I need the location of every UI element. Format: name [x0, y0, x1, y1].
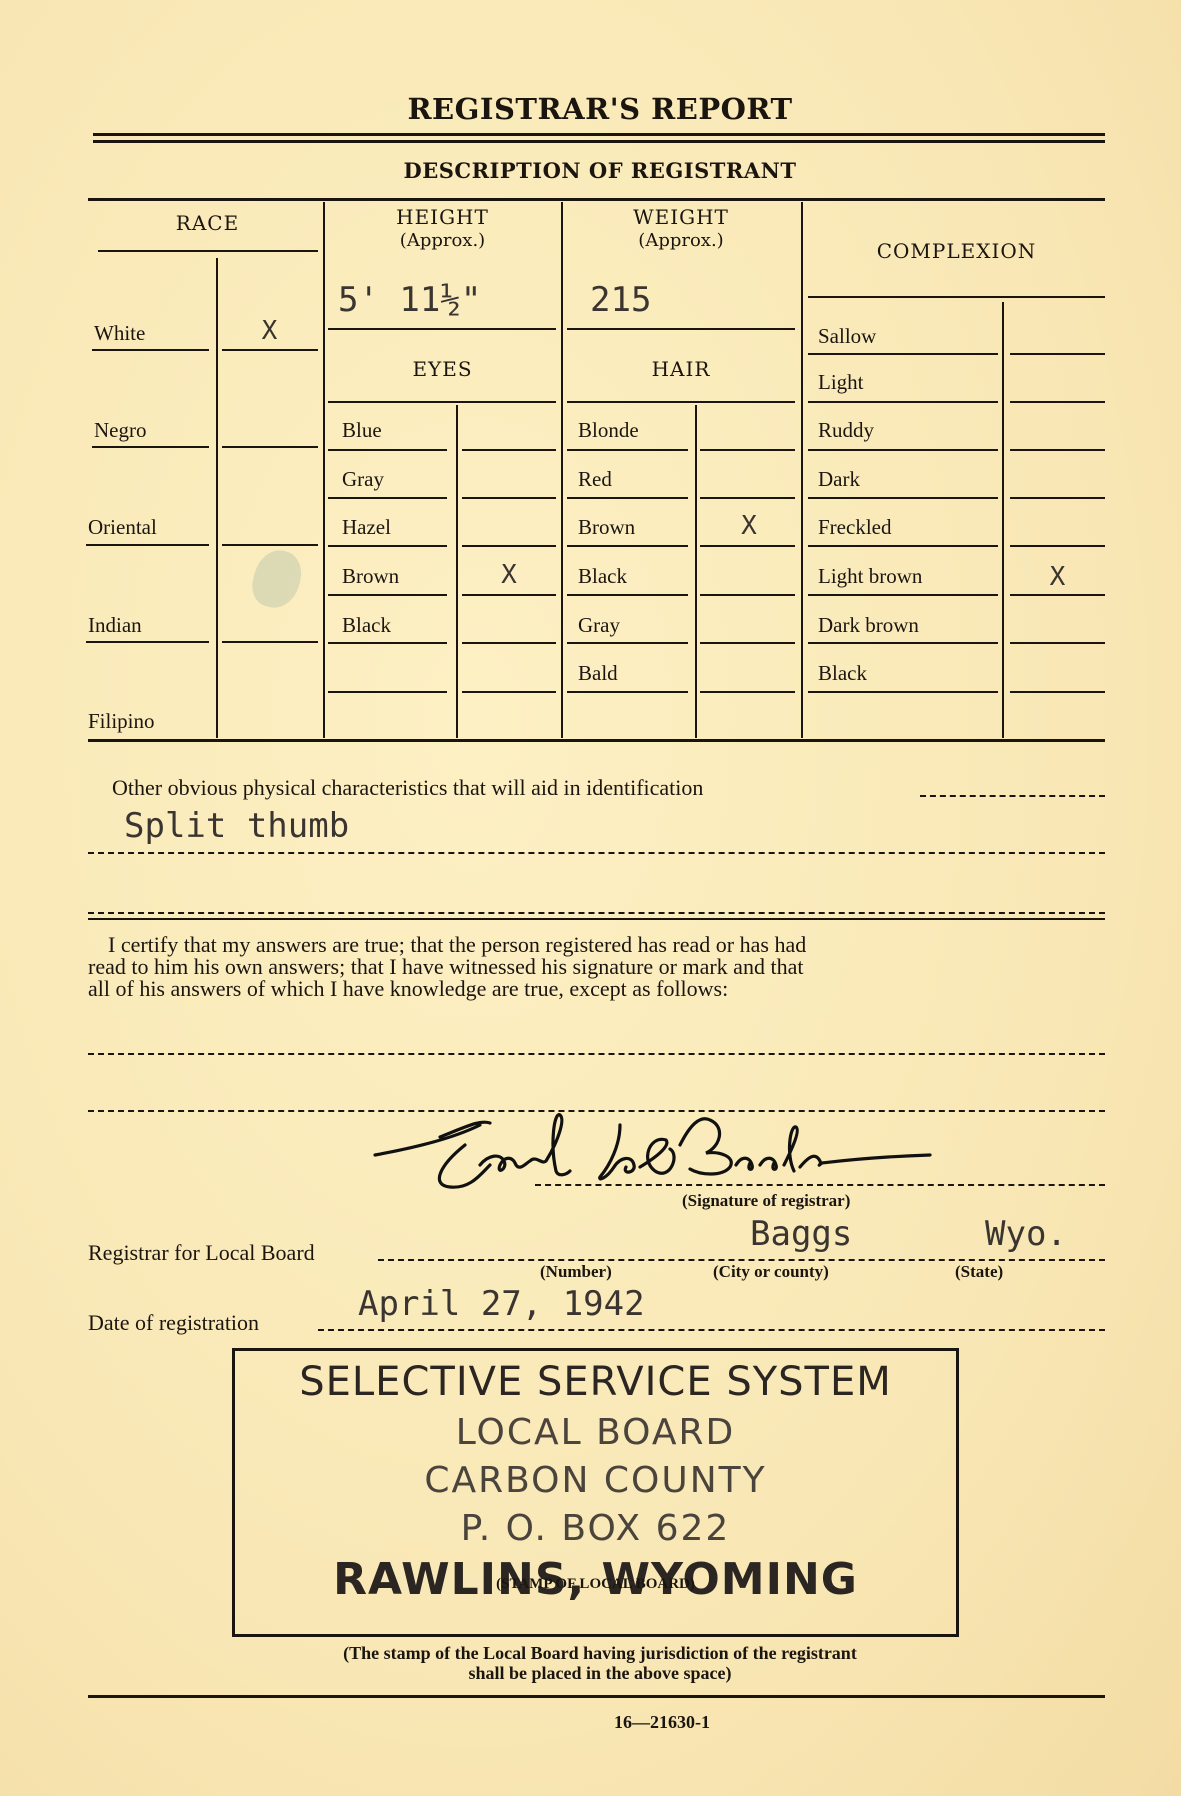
complexion-option-dark: Dark: [818, 467, 860, 492]
eyes-rule: [328, 449, 447, 451]
document-title: REGISTRAR'S REPORT: [0, 92, 1181, 126]
race-mark-rule: [222, 446, 318, 448]
race-mark-rule: [222, 641, 318, 643]
hair-mark-rule: [700, 497, 795, 499]
hair-rule: [567, 594, 688, 596]
hair-header: HAIR: [568, 358, 794, 380]
section-title: DESCRIPTION OF REGISTRANT: [0, 158, 1181, 183]
eyes-mark-rule: [462, 594, 556, 596]
eyes-option-blue: Blue: [342, 418, 382, 443]
stamp-note-line-1: (The stamp of the Local Board having jur…: [200, 1643, 1000, 1664]
complexion-option-black: Black: [818, 661, 867, 686]
complexion-mark-light-brown[interactable]: X: [1010, 562, 1105, 592]
height-header-sub: (Approx.): [400, 230, 485, 251]
stamp-note-line-2: shall be placed in the above space): [200, 1663, 1000, 1684]
other-line-2: [88, 912, 1105, 914]
complexion-option-light-brown: Light brown: [818, 564, 922, 589]
race-option-filipino: Filipino: [88, 709, 155, 734]
hair-mark-rule: [700, 642, 795, 644]
registrar-board-label: Registrar for Local Board: [88, 1242, 315, 1264]
complexion-rule: [808, 594, 998, 596]
race-header-rule: [98, 250, 318, 252]
complexion-mark-rule: [1010, 545, 1105, 547]
eyes-mark-divider: [456, 405, 458, 738]
complexion-mark-rule: [1010, 497, 1105, 499]
hair-option-black: Black: [578, 564, 627, 589]
complexion-option-dark-brown: Dark brown: [818, 613, 919, 638]
race-option-white: White: [94, 321, 145, 346]
footer-rule: [88, 1695, 1105, 1698]
weight-header-label: WEIGHT: [568, 206, 794, 228]
registrar-state[interactable]: Wyo.: [985, 1214, 1067, 1254]
complexion-option-freckled: Freckled: [818, 515, 891, 540]
hair-option-brown: Brown: [578, 515, 635, 540]
hair-option-bald: Bald: [578, 661, 618, 686]
eyes-mark-brown[interactable]: X: [462, 560, 556, 590]
height-value[interactable]: 5' 11½": [338, 280, 481, 320]
stamp-line-2: LOCAL BOARD: [232, 1412, 959, 1453]
weight-value-rule: [567, 328, 795, 330]
hair-option-gray: Gray: [578, 613, 620, 638]
complexion-rule: [808, 642, 998, 644]
eyes-option-black: Black: [342, 613, 391, 638]
complexion-rule: [808, 353, 998, 355]
date-label: Date of registration: [88, 1312, 259, 1334]
eyes-mark-rule: [462, 449, 556, 451]
eyes-rule: [328, 594, 447, 596]
eyes-option-hazel: Hazel: [342, 515, 391, 540]
form-number: 16—21630-1: [512, 1712, 812, 1733]
hair-rule: [567, 691, 688, 693]
eyes-rule: [328, 497, 447, 499]
certification-line-2: read to him his own answers; that I have…: [88, 956, 803, 978]
hair-option-blonde: Blonde: [578, 418, 639, 443]
registrar-city[interactable]: Baggs: [750, 1214, 852, 1254]
stamp-line-3: CARBON COUNTY: [232, 1460, 959, 1501]
section-rule: [88, 198, 1105, 201]
certification-line-1: I certify that my answers are true; that…: [108, 934, 806, 956]
date-value[interactable]: April 27, 1942: [358, 1284, 645, 1324]
hair-mark-rule: [700, 691, 795, 693]
race-rule: [86, 641, 209, 643]
eyes-header: EYES: [330, 358, 555, 380]
eyes-rule: [328, 642, 447, 644]
eyes-header-rule: [328, 401, 556, 403]
complexion-mark-rule: [1010, 594, 1105, 596]
complexion-option-light: Light: [818, 370, 864, 395]
race-rule: [92, 349, 209, 351]
race-mark-divider: [216, 258, 218, 738]
other-label-dash: [920, 795, 1105, 797]
signature-caption: (Signature of registrar): [682, 1191, 850, 1211]
registrar-board-line: [378, 1259, 1105, 1261]
complexion-rule: [808, 545, 998, 547]
stamp-caption: (STAMP OF LOCAL BOARD): [232, 1576, 959, 1593]
number-caption: (Number): [540, 1262, 612, 1282]
other-characteristics-label: Other obvious physical characteristics t…: [112, 777, 703, 799]
race-header: RACE: [100, 212, 315, 234]
col-divider-race: [323, 202, 325, 738]
race-mark-rule: [222, 349, 318, 351]
date-line: [318, 1329, 1105, 1331]
eyes-mark-rule: [462, 545, 556, 547]
complexion-header-rule: [808, 296, 1105, 298]
hair-option-red: Red: [578, 467, 612, 492]
complexion-mark-rule: [1010, 353, 1105, 355]
race-option-oriental: Oriental: [88, 515, 157, 540]
eyes-mark-rule: [462, 497, 556, 499]
signature-line: [535, 1184, 1105, 1186]
other-characteristics-value[interactable]: Split thumb: [124, 806, 349, 846]
other-rule: [88, 918, 1105, 920]
weight-value[interactable]: 215: [590, 280, 651, 320]
hair-rule: [567, 497, 688, 499]
complexion-rule: [808, 497, 998, 499]
hair-rule: [567, 545, 688, 547]
hair-mark-rule: [700, 449, 795, 451]
hair-mark-rule: [700, 545, 795, 547]
weight-header: WEIGHT (Approx.): [568, 206, 794, 252]
eyes-mark-rule: [462, 691, 556, 693]
title-rule-bottom: [93, 140, 1105, 143]
complexion-header: COMPLEXION: [808, 240, 1105, 262]
hair-rule: [567, 449, 688, 451]
hair-mark-rule: [700, 594, 795, 596]
hair-mark-divider: [695, 405, 697, 738]
eyes-rule: [328, 545, 447, 547]
race-mark-white[interactable]: X: [222, 316, 317, 346]
complexion-rule: [808, 449, 998, 451]
hair-rule: [567, 642, 688, 644]
stamp-line-1: SELECTIVE SERVICE SYSTEM: [232, 1359, 959, 1405]
complexion-mark-rule: [1010, 691, 1105, 693]
other-line-1: [88, 852, 1105, 854]
race-rule: [86, 544, 209, 546]
eyes-rule: [328, 691, 447, 693]
complexion-mark-rule: [1010, 642, 1105, 644]
complexion-rule: [808, 401, 998, 403]
race-option-negro: Negro: [94, 418, 146, 443]
race-rule: [92, 446, 209, 448]
certification-line-3: all of his answers of which I have knowl…: [88, 978, 728, 1000]
col-divider-height: [561, 202, 563, 738]
exception-line-1: [88, 1053, 1105, 1055]
title-rule-top: [93, 133, 1105, 136]
hair-mark-brown[interactable]: X: [702, 511, 796, 541]
city-caption: (City or county): [713, 1262, 829, 1282]
height-value-rule: [328, 328, 556, 330]
eyes-option-gray: Gray: [342, 467, 384, 492]
complexion-mark-divider: [1002, 302, 1004, 738]
state-caption: (State): [955, 1262, 1003, 1282]
height-header: HEIGHT (Approx.): [330, 206, 555, 252]
stain: [247, 545, 306, 613]
weight-header-sub: (Approx.): [638, 230, 723, 251]
complexion-rule: [808, 691, 998, 693]
registrar-signature: [370, 1105, 1090, 1205]
complexion-mark-rule: [1010, 401, 1105, 403]
complexion-option-sallow: Sallow: [818, 324, 876, 349]
complexion-option-ruddy: Ruddy: [818, 418, 874, 443]
complexion-mark-rule: [1010, 449, 1105, 451]
eyes-mark-rule: [462, 642, 556, 644]
stamp-line-4: P. O. BOX 622: [232, 1508, 959, 1549]
eyes-option-brown: Brown: [342, 564, 399, 589]
race-mark-rule: [222, 544, 318, 546]
col-divider-weight: [801, 202, 803, 738]
height-header-label: HEIGHT: [330, 206, 555, 228]
hair-header-rule: [567, 401, 795, 403]
race-option-indian: Indian: [88, 613, 142, 638]
table-bottom-rule: [88, 739, 1105, 742]
